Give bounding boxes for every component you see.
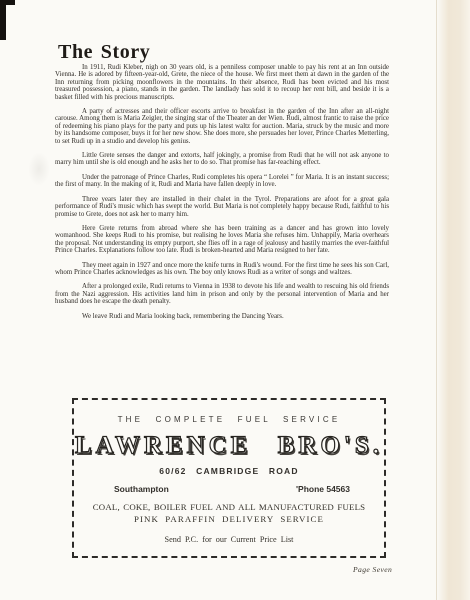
story-paragraph-2: A party of actresses and their officer e…: [55, 108, 389, 145]
page-number: Page Seven: [353, 565, 392, 574]
scan-artifact-corner: [0, 0, 6, 40]
story-paragraph-4: Under the patronage of Prince Charles, R…: [55, 174, 389, 189]
story-paragraph-8: After a prolonged exile, Rudi returns to…: [55, 283, 389, 305]
programme-page: The Story In 1911, Rudi Kleber, nigh on …: [0, 0, 470, 600]
advert-tagline: THE COMPLETE FUEL SERVICE: [74, 415, 384, 424]
story-paragraph-3: Little Grete senses the danger and extor…: [55, 152, 389, 167]
scan-smudge: [28, 152, 50, 186]
advert-city: Southampton: [114, 484, 169, 494]
story-paragraph-1: In 1911, Rudi Kleber, nigh on 30 years o…: [55, 64, 389, 101]
advert-service-line: PINK PARAFFIN DELIVERY SERVICE: [74, 514, 384, 524]
advert-address: 60/62 CAMBRIDGE ROAD: [74, 466, 384, 476]
advert-products-line: COAL, COKE, BOILER FUEL AND ALL MANUFACT…: [74, 502, 384, 512]
scan-artifact-corner-top: [0, 0, 15, 5]
story-paragraph-7: They meet again in 1927 and once more th…: [55, 262, 389, 277]
advert-phone: 'Phone 54563: [296, 484, 350, 494]
story-section: In 1911, Rudi Kleber, nigh on 30 years o…: [55, 64, 389, 327]
page-title: The Story: [58, 41, 150, 64]
story-paragraph-5: Three years later they are installed in …: [55, 196, 389, 218]
advert-cta-line: Send P.C. for our Current Price List: [74, 535, 384, 544]
page-edge-shadow: [436, 0, 470, 600]
advert-lawrence-bros: THE COMPLETE FUEL SERVICE LAWRENCE BRO'S…: [72, 398, 386, 558]
story-paragraph-6: Here Grete returns from abroad where she…: [55, 225, 389, 255]
advert-company-name: LAWRENCE BRO'S.: [74, 432, 384, 460]
story-paragraph-9: We leave Rudi and Maria looking back, re…: [55, 313, 389, 320]
advert-contact-row: Southampton 'Phone 54563: [74, 484, 384, 494]
